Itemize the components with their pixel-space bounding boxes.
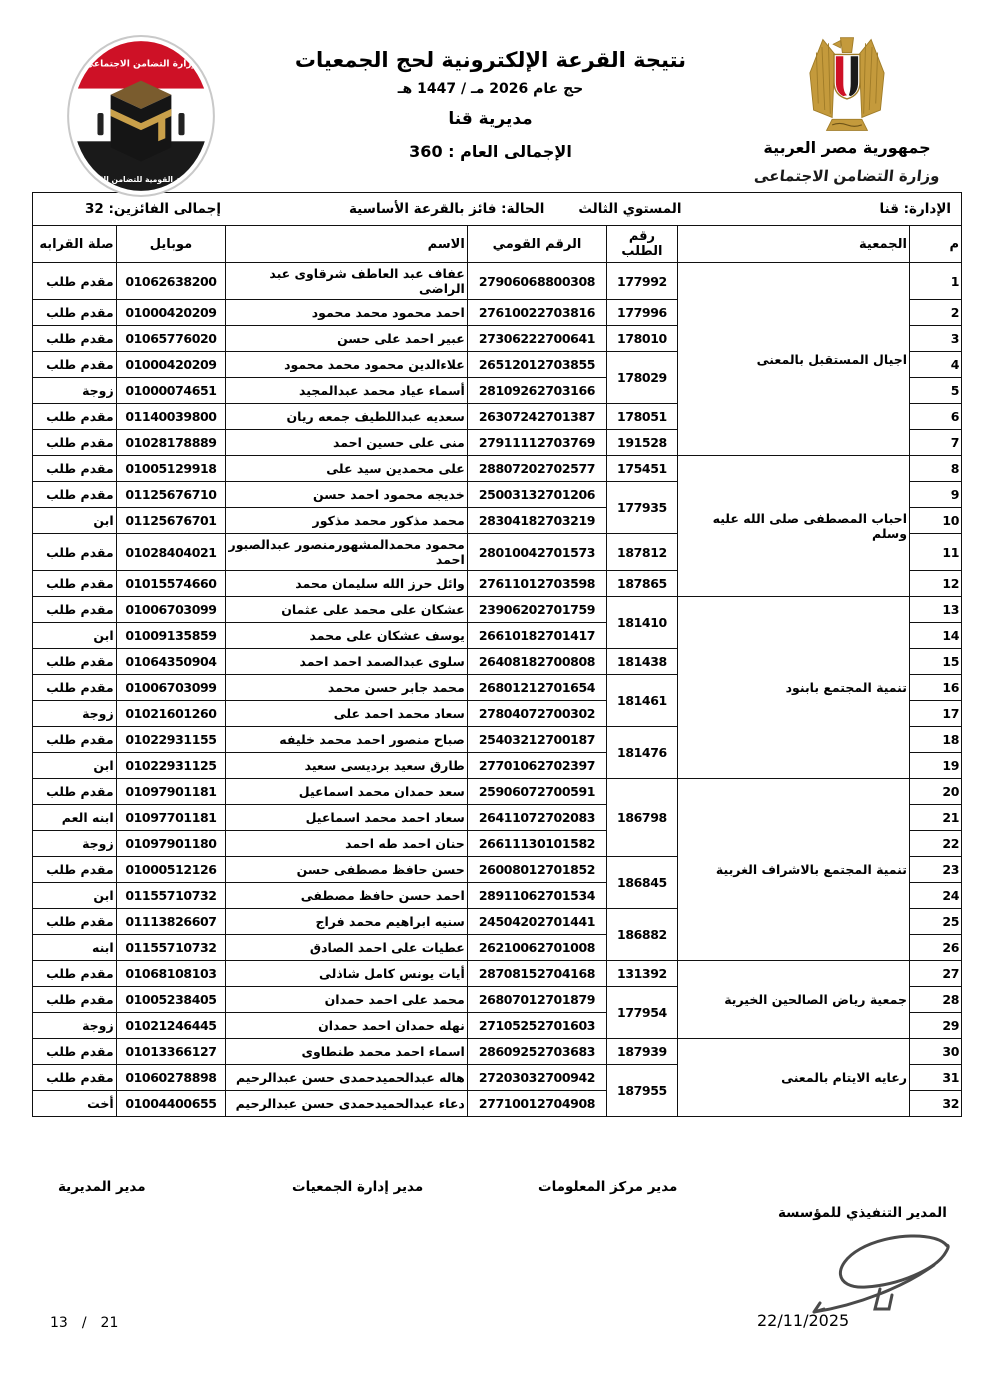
relation-cell: زوجة	[33, 701, 117, 727]
table-row: 1اجيال المستقبل بالمعنى17799227906068800…	[33, 263, 962, 300]
name-cell: يوسف عشكان على محمد	[226, 623, 468, 649]
relation-cell: ابن	[33, 508, 117, 534]
row-number-cell: 26	[909, 935, 961, 961]
mobile-cell: 01068108103	[116, 961, 226, 987]
request-number-cell: 191528	[607, 430, 678, 456]
relation-cell: مقدم طلب	[33, 352, 117, 378]
name-cell: محمد على احمد حمدان	[226, 987, 468, 1013]
association-cell: اجيال المستقبل بالمعنى	[677, 263, 909, 456]
mobile-cell: 01064350904	[116, 649, 226, 675]
mobile-cell: 01097901180	[116, 831, 226, 857]
association-cell: احباب المصطفى صلى الله عليه وسلم	[677, 456, 909, 597]
ministry-emblem-block: وزارة التضامن الاجتماعى المؤسسة القومية …	[28, 34, 253, 198]
national-id-cell: 27911112703769	[467, 430, 606, 456]
title-block: نتيجة القرعة الإلكترونية لحج الجمعيات حج…	[253, 34, 728, 161]
mobile-cell: 01000512126	[116, 857, 226, 883]
signatory-directorate-manager: مدير المديرية	[58, 1179, 146, 1195]
relation-cell: زوجة	[33, 378, 117, 404]
relation-cell: ابن	[33, 753, 117, 779]
mobile-cell: 01005238405	[116, 987, 226, 1013]
col-header-request: رقم الطلب	[607, 226, 678, 263]
col-header-national-id: الرقم القومي	[467, 226, 606, 263]
grand-total: الإجمالى العام : 360	[253, 142, 728, 161]
association-cell: جمعية رياض الصالحين الخيرية	[677, 961, 909, 1039]
relation-cell: مقدم طلب	[33, 727, 117, 753]
name-cell: عبير احمد على حسن	[226, 326, 468, 352]
mobile-cell: 01021601260	[116, 701, 226, 727]
name-cell: احمد حسن حافظ مصطفى	[226, 883, 468, 909]
request-number-cell: 181461	[607, 675, 678, 727]
national-id-cell: 28807202702577	[467, 456, 606, 482]
national-id-cell: 27203032700942	[467, 1065, 606, 1091]
name-cell: محمد جابر حسن محمد	[226, 675, 468, 701]
row-number-cell: 21	[909, 805, 961, 831]
row-number-cell: 32	[909, 1091, 961, 1117]
request-number-cell: 177954	[607, 987, 678, 1039]
relation-cell: مقدم طلب	[33, 326, 117, 352]
mobile-cell: 01140039800	[116, 404, 226, 430]
name-cell: عطيات على احمد الصادق	[226, 935, 468, 961]
row-number-cell: 17	[909, 701, 961, 727]
row-number-cell: 11	[909, 534, 961, 571]
request-number-cell: 178029	[607, 352, 678, 404]
name-cell: اسماء احمد محمد طنطاوى	[226, 1039, 468, 1065]
national-id-cell: 26611130101582	[467, 831, 606, 857]
mobile-cell: 01000074651	[116, 378, 226, 404]
request-number-cell: 181410	[607, 597, 678, 649]
mobile-cell: 01021246445	[116, 1013, 226, 1039]
association-cell: تنمية المجتمع بابنود	[677, 597, 909, 779]
relation-cell: مقدم طلب	[33, 300, 117, 326]
country-name: جمهورية مصر العربية	[728, 138, 966, 157]
mobile-cell: 01028178889	[116, 430, 226, 456]
name-cell: دعاء عبدالحميدحمدى حسن عبدالرحيم	[226, 1091, 468, 1117]
row-number-cell: 18	[909, 727, 961, 753]
national-id-cell: 27710012704908	[467, 1091, 606, 1117]
row-number-cell: 5	[909, 378, 961, 404]
egypt-eagle-icon	[791, 34, 903, 136]
relation-cell: ابنه العم	[33, 805, 117, 831]
status-label: الحالة: فائز بالقرعة الأساسية	[349, 201, 544, 217]
request-number-cell: 131392	[607, 961, 678, 987]
row-number-cell: 27	[909, 961, 961, 987]
row-number-cell: 9	[909, 482, 961, 508]
national-id-cell: 26411072702083	[467, 805, 606, 831]
request-number-cell: 177935	[607, 482, 678, 534]
name-cell: سلوى عبدالصمد احمد احمد	[226, 649, 468, 675]
name-cell: حسن حافظ مصطفى حسن	[226, 857, 468, 883]
row-number-cell: 2	[909, 300, 961, 326]
row-number-cell: 12	[909, 571, 961, 597]
request-number-cell: 187955	[607, 1065, 678, 1117]
national-id-cell: 27306222700641	[467, 326, 606, 352]
document-date: 22/11/2025	[757, 1311, 849, 1330]
relation-cell: مقدم طلب	[33, 675, 117, 701]
mobile-cell: 01009135859	[116, 623, 226, 649]
national-id-cell: 26008012701852	[467, 857, 606, 883]
mobile-cell: 01125676701	[116, 508, 226, 534]
national-id-cell: 23906202701759	[467, 597, 606, 623]
request-number-cell: 187939	[607, 1039, 678, 1065]
relation-cell: مقدم طلب	[33, 534, 117, 571]
name-cell: أسماء عياد محمد عبدالمجيد	[226, 378, 468, 404]
relation-cell: مقدم طلب	[33, 263, 117, 300]
relation-cell: مقدم طلب	[33, 571, 117, 597]
name-cell: صباح منصور احمد محمد خليفه	[226, 727, 468, 753]
mobile-cell: 01028404021	[116, 534, 226, 571]
national-id-cell: 26801212701654	[467, 675, 606, 701]
request-number-cell: 186882	[607, 909, 678, 961]
relation-cell: ابن	[33, 623, 117, 649]
results-table: الإدارة: قنا المستوي الثالث الحالة: فائز…	[32, 192, 962, 1117]
row-number-cell: 4	[909, 352, 961, 378]
row-number-cell: 19	[909, 753, 961, 779]
request-number-cell: 177992	[607, 263, 678, 300]
name-cell: نهله حمدان احمد حمدان	[226, 1013, 468, 1039]
table-row: 20تنمية المجتمع بالاشراف الغربية18679825…	[33, 779, 962, 805]
name-cell: محمود محمدالمشهورمنصور عبدالصبور احمد	[226, 534, 468, 571]
name-cell: سعد حمدان محمد اسماعيل	[226, 779, 468, 805]
row-number-cell: 15	[909, 649, 961, 675]
request-number-cell: 187865	[607, 571, 678, 597]
document-header: جمهورية مصر العربية وزارة التضامن الاجتم…	[0, 0, 994, 178]
national-id-cell: 27906068800308	[467, 263, 606, 300]
name-cell: حنان احمد طه احمد	[226, 831, 468, 857]
name-cell: محمد مذكور محمد مذكور	[226, 508, 468, 534]
mobile-cell: 01006703099	[116, 675, 226, 701]
mobile-cell: 01125676710	[116, 482, 226, 508]
national-id-cell: 26807012701879	[467, 987, 606, 1013]
name-cell: منى على حسين احمد	[226, 430, 468, 456]
signatory-associations-manager: مدير إدارة الجمعيات	[292, 1179, 423, 1195]
row-number-cell: 16	[909, 675, 961, 701]
relation-cell: زوجة	[33, 831, 117, 857]
relation-cell: مقدم طلب	[33, 1065, 117, 1091]
relation-cell: مقدم طلب	[33, 649, 117, 675]
name-cell: سعديه عبداللطيف جمعه ريان	[226, 404, 468, 430]
mobile-cell: 01005129918	[116, 456, 226, 482]
national-id-cell: 27610022703816	[467, 300, 606, 326]
document-title: نتيجة القرعة الإلكترونية لحج الجمعيات	[253, 48, 728, 72]
winners-total-label: إجمالى الفائزين: 32	[85, 201, 221, 217]
col-header-mobile: موبايل	[116, 226, 226, 263]
name-cell: وائل حرز الله سليمان محمد	[226, 571, 468, 597]
signatory-information-center-manager: مدير مركز المعلومات	[538, 1179, 677, 1195]
col-header-association: الجمعية	[677, 226, 909, 263]
association-cell: تنمية المجتمع بالاشراف الغربية	[677, 779, 909, 961]
relation-cell: زوجة	[33, 1013, 117, 1039]
row-number-cell: 25	[909, 909, 961, 935]
mobile-cell: 01006703099	[116, 597, 226, 623]
relation-cell: مقدم طلب	[33, 430, 117, 456]
row-number-cell: 30	[909, 1039, 961, 1065]
national-id-cell: 26512012703855	[467, 352, 606, 378]
mobile-cell: 01155710732	[116, 883, 226, 909]
results-table-body: 1اجيال المستقبل بالمعنى17799227906068800…	[33, 263, 962, 1117]
row-number-cell: 14	[909, 623, 961, 649]
request-number-cell: 181476	[607, 727, 678, 779]
mobile-cell: 01015574660	[116, 571, 226, 597]
col-header-relation: صلة القرابه	[33, 226, 117, 263]
relation-cell: أخت	[33, 1091, 117, 1117]
mobile-cell: 01065776020	[116, 326, 226, 352]
name-cell: سعاد احمد محمد اسماعيل	[226, 805, 468, 831]
page-number: 13 / 21	[50, 1315, 118, 1331]
mobile-cell: 01022931125	[116, 753, 226, 779]
relation-cell: مقدم طلب	[33, 987, 117, 1013]
mobile-cell: 01013366127	[116, 1039, 226, 1065]
table-header-row: م الجمعية رقم الطلب الرقم القومي الاسم م…	[33, 226, 962, 263]
table-row: 27جمعية رياض الصالحين الخيرية13139228708…	[33, 961, 962, 987]
national-id-cell: 26210062701008	[467, 935, 606, 961]
relation-cell: ابنه	[33, 935, 117, 961]
mobile-cell: 01097901181	[116, 779, 226, 805]
name-cell: احمد محمود محمد محمود	[226, 300, 468, 326]
name-cell: سنيه ابراهيم محمد فراج	[226, 909, 468, 935]
request-number-cell: 178010	[607, 326, 678, 352]
relation-cell: مقدم طلب	[33, 404, 117, 430]
relation-cell: مقدم طلب	[33, 961, 117, 987]
national-id-cell: 26307242701387	[467, 404, 606, 430]
table-row: 30رعايه الايتام بالمعنى18793928609252703…	[33, 1039, 962, 1065]
name-cell: سعاد محمد احمد على	[226, 701, 468, 727]
row-number-cell: 29	[909, 1013, 961, 1039]
relation-cell: مقدم طلب	[33, 909, 117, 935]
relation-cell: مقدم طلب	[33, 779, 117, 805]
name-cell: على محمدين سيد على	[226, 456, 468, 482]
administration-label: الإدارة: قنا	[880, 201, 952, 217]
ministry-name-script: وزارة التضامن الاجتماعى	[727, 167, 967, 185]
table-row: 8احباب المصطفى صلى الله عليه وسلم1754512…	[33, 456, 962, 482]
row-number-cell: 22	[909, 831, 961, 857]
name-cell: هاله عبدالحميدحمدى حسن عبدالرحيم	[226, 1065, 468, 1091]
national-id-cell: 25906072700591	[467, 779, 606, 805]
mobile-cell: 01000420209	[116, 352, 226, 378]
row-number-cell: 1	[909, 263, 961, 300]
relation-cell: مقدم طلب	[33, 857, 117, 883]
relation-cell: مقدم طلب	[33, 482, 117, 508]
row-number-cell: 24	[909, 883, 961, 909]
directorate-name: مديرية قنا	[253, 109, 728, 129]
mobile-cell: 01000420209	[116, 300, 226, 326]
national-id-cell: 26610182701417	[467, 623, 606, 649]
mobile-cell: 01155710732	[116, 935, 226, 961]
request-number-cell: 186845	[607, 857, 678, 909]
relation-cell: مقدم طلب	[33, 456, 117, 482]
request-number-cell: 186798	[607, 779, 678, 857]
name-cell: خديجه محمود احمد حسن	[226, 482, 468, 508]
row-number-cell: 10	[909, 508, 961, 534]
page-current: 13	[50, 1315, 68, 1331]
row-number-cell: 13	[909, 597, 961, 623]
national-id-cell: 24504202701441	[467, 909, 606, 935]
national-id-cell: 25403212700187	[467, 727, 606, 753]
national-id-cell: 27105252701603	[467, 1013, 606, 1039]
national-id-cell: 28109262703166	[467, 378, 606, 404]
level-label: المستوي الثالث	[578, 201, 681, 217]
relation-cell: ابن	[33, 883, 117, 909]
signatory-executive-director: المدير التنفيذي للمؤسسة	[778, 1205, 947, 1221]
mobile-cell: 01113826607	[116, 909, 226, 935]
info-bar: الإدارة: قنا المستوي الثالث الحالة: فائز…	[35, 200, 959, 218]
col-header-number: م	[909, 226, 961, 263]
mobile-cell: 01060278898	[116, 1065, 226, 1091]
document-page: جمهورية مصر العربية وزارة التضامن الاجتم…	[0, 0, 994, 1400]
name-cell: عفاف عبد العاطف شرقاوى عبد الراضى	[226, 263, 468, 300]
document-subtitle: حج عام 2026 مـ / 1447 هـ	[253, 81, 728, 97]
request-number-cell: 177996	[607, 300, 678, 326]
request-number-cell: 187812	[607, 534, 678, 571]
national-id-cell: 27701062702397	[467, 753, 606, 779]
national-id-cell: 26408182700808	[467, 649, 606, 675]
col-header-name: الاسم	[226, 226, 468, 263]
document-footer: مدير المديرية مدير إدارة الجمعيات مدير م…	[0, 1143, 994, 1400]
request-number-cell: 178051	[607, 404, 678, 430]
row-number-cell: 31	[909, 1065, 961, 1091]
request-number-cell: 175451	[607, 456, 678, 482]
name-cell: علاءالدين محمود محمد محمود	[226, 352, 468, 378]
national-id-cell: 28304182703219	[467, 508, 606, 534]
page-separator: /	[82, 1315, 87, 1331]
mobile-cell: 01097701181	[116, 805, 226, 831]
name-cell: عشكان على محمد على عثمان	[226, 597, 468, 623]
table-row: 13تنمية المجتمع بابنود181410239062027017…	[33, 597, 962, 623]
mobile-cell: 01004400655	[116, 1091, 226, 1117]
mobile-cell: 01022931155	[116, 727, 226, 753]
kaaba-icon	[110, 81, 171, 162]
national-id-cell: 27611012703598	[467, 571, 606, 597]
row-number-cell: 8	[909, 456, 961, 482]
national-id-cell: 28708152704168	[467, 961, 606, 987]
association-cell: رعايه الايتام بالمعنى	[677, 1039, 909, 1117]
results-table-wrap: الإدارة: قنا المستوي الثالث الحالة: فائز…	[0, 178, 994, 1117]
request-number-cell: 181438	[607, 649, 678, 675]
national-id-cell: 28911062701534	[467, 883, 606, 909]
relation-cell: مقدم طلب	[33, 1039, 117, 1065]
page-total: 21	[101, 1315, 119, 1331]
national-id-cell: 28609252703683	[467, 1039, 606, 1065]
national-id-cell: 27804072700302	[467, 701, 606, 727]
row-number-cell: 23	[909, 857, 961, 883]
national-id-cell: 28010042701573	[467, 534, 606, 571]
row-number-cell: 3	[909, 326, 961, 352]
row-number-cell: 28	[909, 987, 961, 1013]
row-number-cell: 7	[909, 430, 961, 456]
name-cell: طارق سعيد برديسى سعيد	[226, 753, 468, 779]
republic-logo-block: جمهورية مصر العربية وزارة التضامن الاجتم…	[728, 34, 966, 185]
ministry-emblem-icon: وزارة التضامن الاجتماعى المؤسسة القومية …	[65, 34, 217, 198]
national-id-cell: 25003132701206	[467, 482, 606, 508]
mobile-cell: 01062638200	[116, 263, 226, 300]
row-number-cell: 6	[909, 404, 961, 430]
row-number-cell: 20	[909, 779, 961, 805]
signature-scribble	[788, 1225, 963, 1315]
emblem-top-text: وزارة التضامن الاجتماعى	[84, 59, 197, 69]
relation-cell: مقدم طلب	[33, 597, 117, 623]
name-cell: أيات يونس كامل شاذلى	[226, 961, 468, 987]
